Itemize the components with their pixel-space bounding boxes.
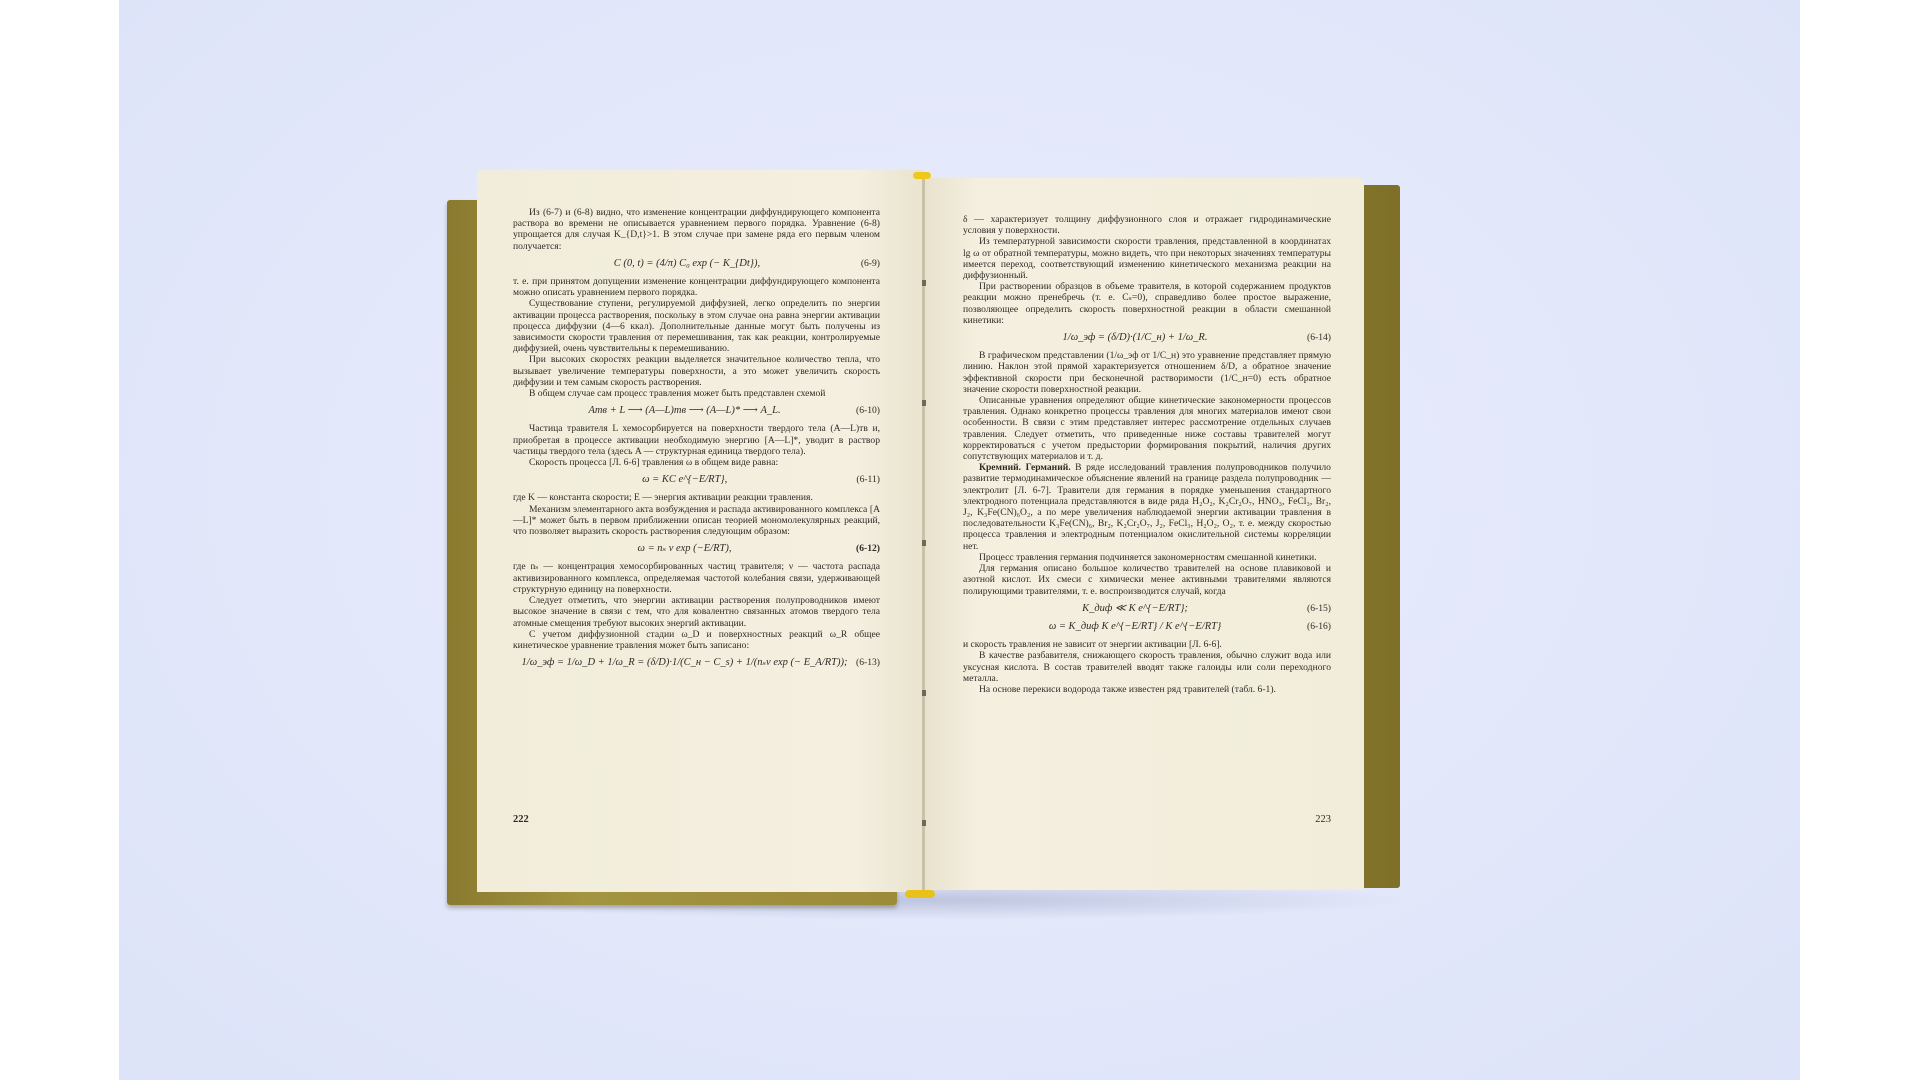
paragraph: При высоких скоростях реакции выделяется… [513, 354, 880, 388]
paragraph: δ — характеризует толщину диффузионного … [963, 214, 1331, 236]
equation-number: (6-11) [856, 474, 880, 485]
equation-6-16: ω = K_диф K e^{−E/RT} / K e^{−E/RT} (6-1… [963, 621, 1331, 632]
right-page-text: δ — характеризует толщину диффузионного … [963, 214, 1331, 695]
paragraph: Описанные уравнения определяют общие кин… [963, 395, 1331, 462]
paragraph: где nₛ — концентрация хемосорбированных … [513, 561, 880, 595]
paragraph: Для германия описано большое количество … [963, 563, 1331, 597]
equation-formula: 1/ω_эф = 1/ω_D + 1/ω_R = (δ/D)·1/(C_н − … [513, 657, 856, 668]
paragraph: В графическом представлении (1/ω_эф от 1… [963, 350, 1331, 395]
left-page: Из (6-7) и (6-8) видно, что изменение ко… [477, 170, 924, 892]
equation-formula: ω = nₛ ν exp (−E/RT), [513, 543, 856, 554]
paragraph: где K — константа скорости; E — энергия … [513, 492, 880, 503]
equation-number: (6-10) [856, 405, 880, 416]
paragraph: На основе перекиси водорода также извест… [963, 684, 1331, 695]
binding-stitch [922, 280, 926, 286]
binding-stitch [922, 690, 926, 696]
equation-number: (6-16) [1307, 621, 1331, 632]
binding-stitch [922, 400, 926, 406]
paragraph: Существование ступени, регулируемой дифф… [513, 298, 880, 354]
paragraph: Частица травителя L хемосорбируется на п… [513, 423, 880, 457]
page-number: 222 [513, 814, 529, 825]
left-page-text: Из (6-7) и (6-8) видно, что изменение ко… [513, 207, 880, 675]
equation-6-14: 1/ω_эф = (δ/D)·(1/C_н) + 1/ω_R. (6-14) [963, 332, 1331, 343]
paragraph: и скорость травления не зависит от энерг… [963, 639, 1331, 650]
equation-6-10: Aтв + L ⟶ (A—L)тв ⟶ (A—L)* ⟶ A_L. (6-10) [513, 405, 880, 416]
equation-formula: C (0, t) = (4/π) C₀ exp (− K_{Dt}), [513, 258, 861, 269]
equation-number: (6-12) [856, 543, 880, 554]
binding-stitch [922, 540, 926, 546]
equation-6-11: ω = KC e^{−E/RT}, (6-11) [513, 474, 880, 485]
right-page: δ — характеризует толщину диффузионного … [924, 178, 1364, 890]
page-number: 223 [1315, 814, 1331, 825]
equation-formula: 1/ω_эф = (δ/D)·(1/C_н) + 1/ω_R. [963, 332, 1307, 343]
equation-formula: K_диф ≪ K e^{−E/RT}; [963, 603, 1307, 614]
equation-number: (6-15) [1307, 603, 1331, 614]
equation-6-13: 1/ω_эф = 1/ω_D + 1/ω_R = (δ/D)·1/(C_н − … [513, 657, 880, 668]
paragraph: Процесс травления германия подчиняется з… [963, 552, 1331, 563]
equation-6-9: C (0, t) = (4/π) C₀ exp (− K_{Dt}), (6-9… [513, 258, 880, 269]
equation-number: (6-14) [1307, 332, 1331, 343]
paragraph: При растворении образцов в объеме травит… [963, 281, 1331, 326]
equation-6-12: ω = nₛ ν exp (−E/RT), (6-12) [513, 543, 880, 554]
equation-formula: Aтв + L ⟶ (A—L)тв ⟶ (A—L)* ⟶ A_L. [513, 405, 856, 416]
equation-formula: ω = KC e^{−E/RT}, [513, 474, 856, 485]
equation-number: (6-13) [856, 657, 880, 668]
headband-bottom [905, 890, 935, 898]
paragraph: Из (6-7) и (6-8) видно, что изменение ко… [513, 207, 880, 252]
headband-top [913, 172, 931, 179]
paragraph: т. е. при принятом допущении изменение к… [513, 276, 880, 298]
binding-stitch [922, 820, 926, 826]
paragraph: Из температурной зависимости скорости тр… [963, 236, 1331, 281]
paragraph: Скорость процесса [Л. 6-6] травления ω в… [513, 457, 880, 468]
paragraph: В качестве разбавителя, снижающего скоро… [963, 650, 1331, 684]
equation-6-15: K_диф ≪ K e^{−E/RT}; (6-15) [963, 603, 1331, 614]
equation-number: (6-9) [861, 258, 880, 269]
paragraph-with-heading: Кремний. Германий. В ряде исследований т… [963, 462, 1331, 552]
paragraph: Следует отметить, что энергии активации … [513, 595, 880, 629]
paragraph: С учетом диффузионной стадии ω_D и повер… [513, 629, 880, 651]
paragraph-body: В ряде исследований травления полупровод… [963, 462, 1331, 551]
section-heading: Кремний. Германий. [979, 462, 1071, 473]
equation-formula: ω = K_диф K e^{−E/RT} / K e^{−E/RT} [963, 621, 1307, 632]
paragraph: Механизм элементарного акта возбуждения … [513, 504, 880, 538]
paragraph: В общем случае сам процесс травления мож… [513, 388, 880, 399]
